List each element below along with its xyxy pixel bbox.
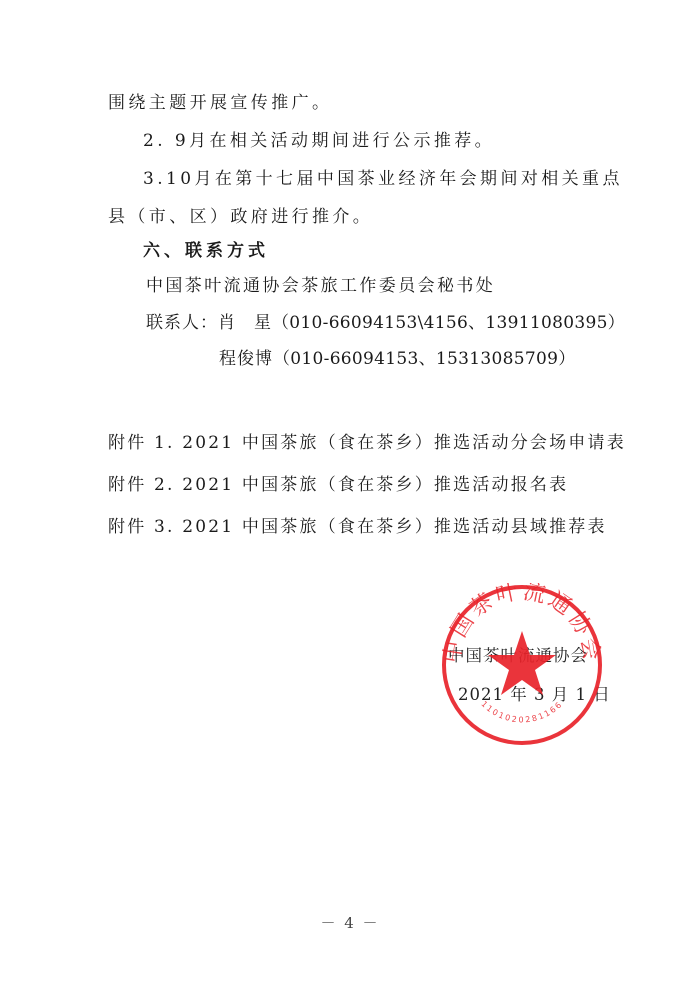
contact-office: 中国茶叶流通协会茶旅工作委员会秘书处 xyxy=(146,275,495,297)
contact-person-2: 程俊博（010-66094153、15313085709） xyxy=(219,348,576,370)
document-page: 围绕主题开展宣传推广。 2. 9月在相关活动期间进行公示推荐。 3.10月在第十… xyxy=(0,0,700,990)
paragraph-item-3: 3.10月在第十七届中国茶业经济年会期间对相关重点 xyxy=(143,168,623,190)
contact-label: 联系人： xyxy=(146,313,218,333)
contact-person-1: 联系人：肖 星（010-66094153\4156、13911080395） xyxy=(146,312,625,334)
attachment-2: 附件 2. 2021 中国茶旅（食在茶乡）推选活动报名表 xyxy=(108,474,568,496)
contact-phones-1: （010-66094153\4156、13911080395） xyxy=(272,313,625,333)
section-heading-contact: 六、联系方式 xyxy=(143,240,269,262)
attachment-3: 附件 3. 2021 中国茶旅（食在茶乡）推选活动县域推荐表 xyxy=(108,516,607,538)
contact-phones-2: （010-66094153、15313085709） xyxy=(273,349,576,369)
attachment-1: 附件 1. 2021 中国茶旅（食在茶乡）推选活动分会场申请表 xyxy=(108,432,626,454)
contact-name-1: 肖 星 xyxy=(218,313,272,333)
paragraph-item-3-cont: 县（市、区）政府进行推介。 xyxy=(108,206,373,228)
paragraph-continuation: 围绕主题开展宣传推广。 xyxy=(108,92,332,114)
page-number: － 4 － xyxy=(0,912,700,933)
contact-name-2: 程俊博 xyxy=(219,349,273,369)
official-seal-icon: 中国茶叶流通协会 1101020281166 xyxy=(440,583,604,747)
paragraph-item-2: 2. 9月在相关活动期间进行公示推荐。 xyxy=(143,130,495,152)
seal-code: 1101020281166 xyxy=(479,699,564,724)
svg-text:1101020281166: 1101020281166 xyxy=(479,699,564,724)
